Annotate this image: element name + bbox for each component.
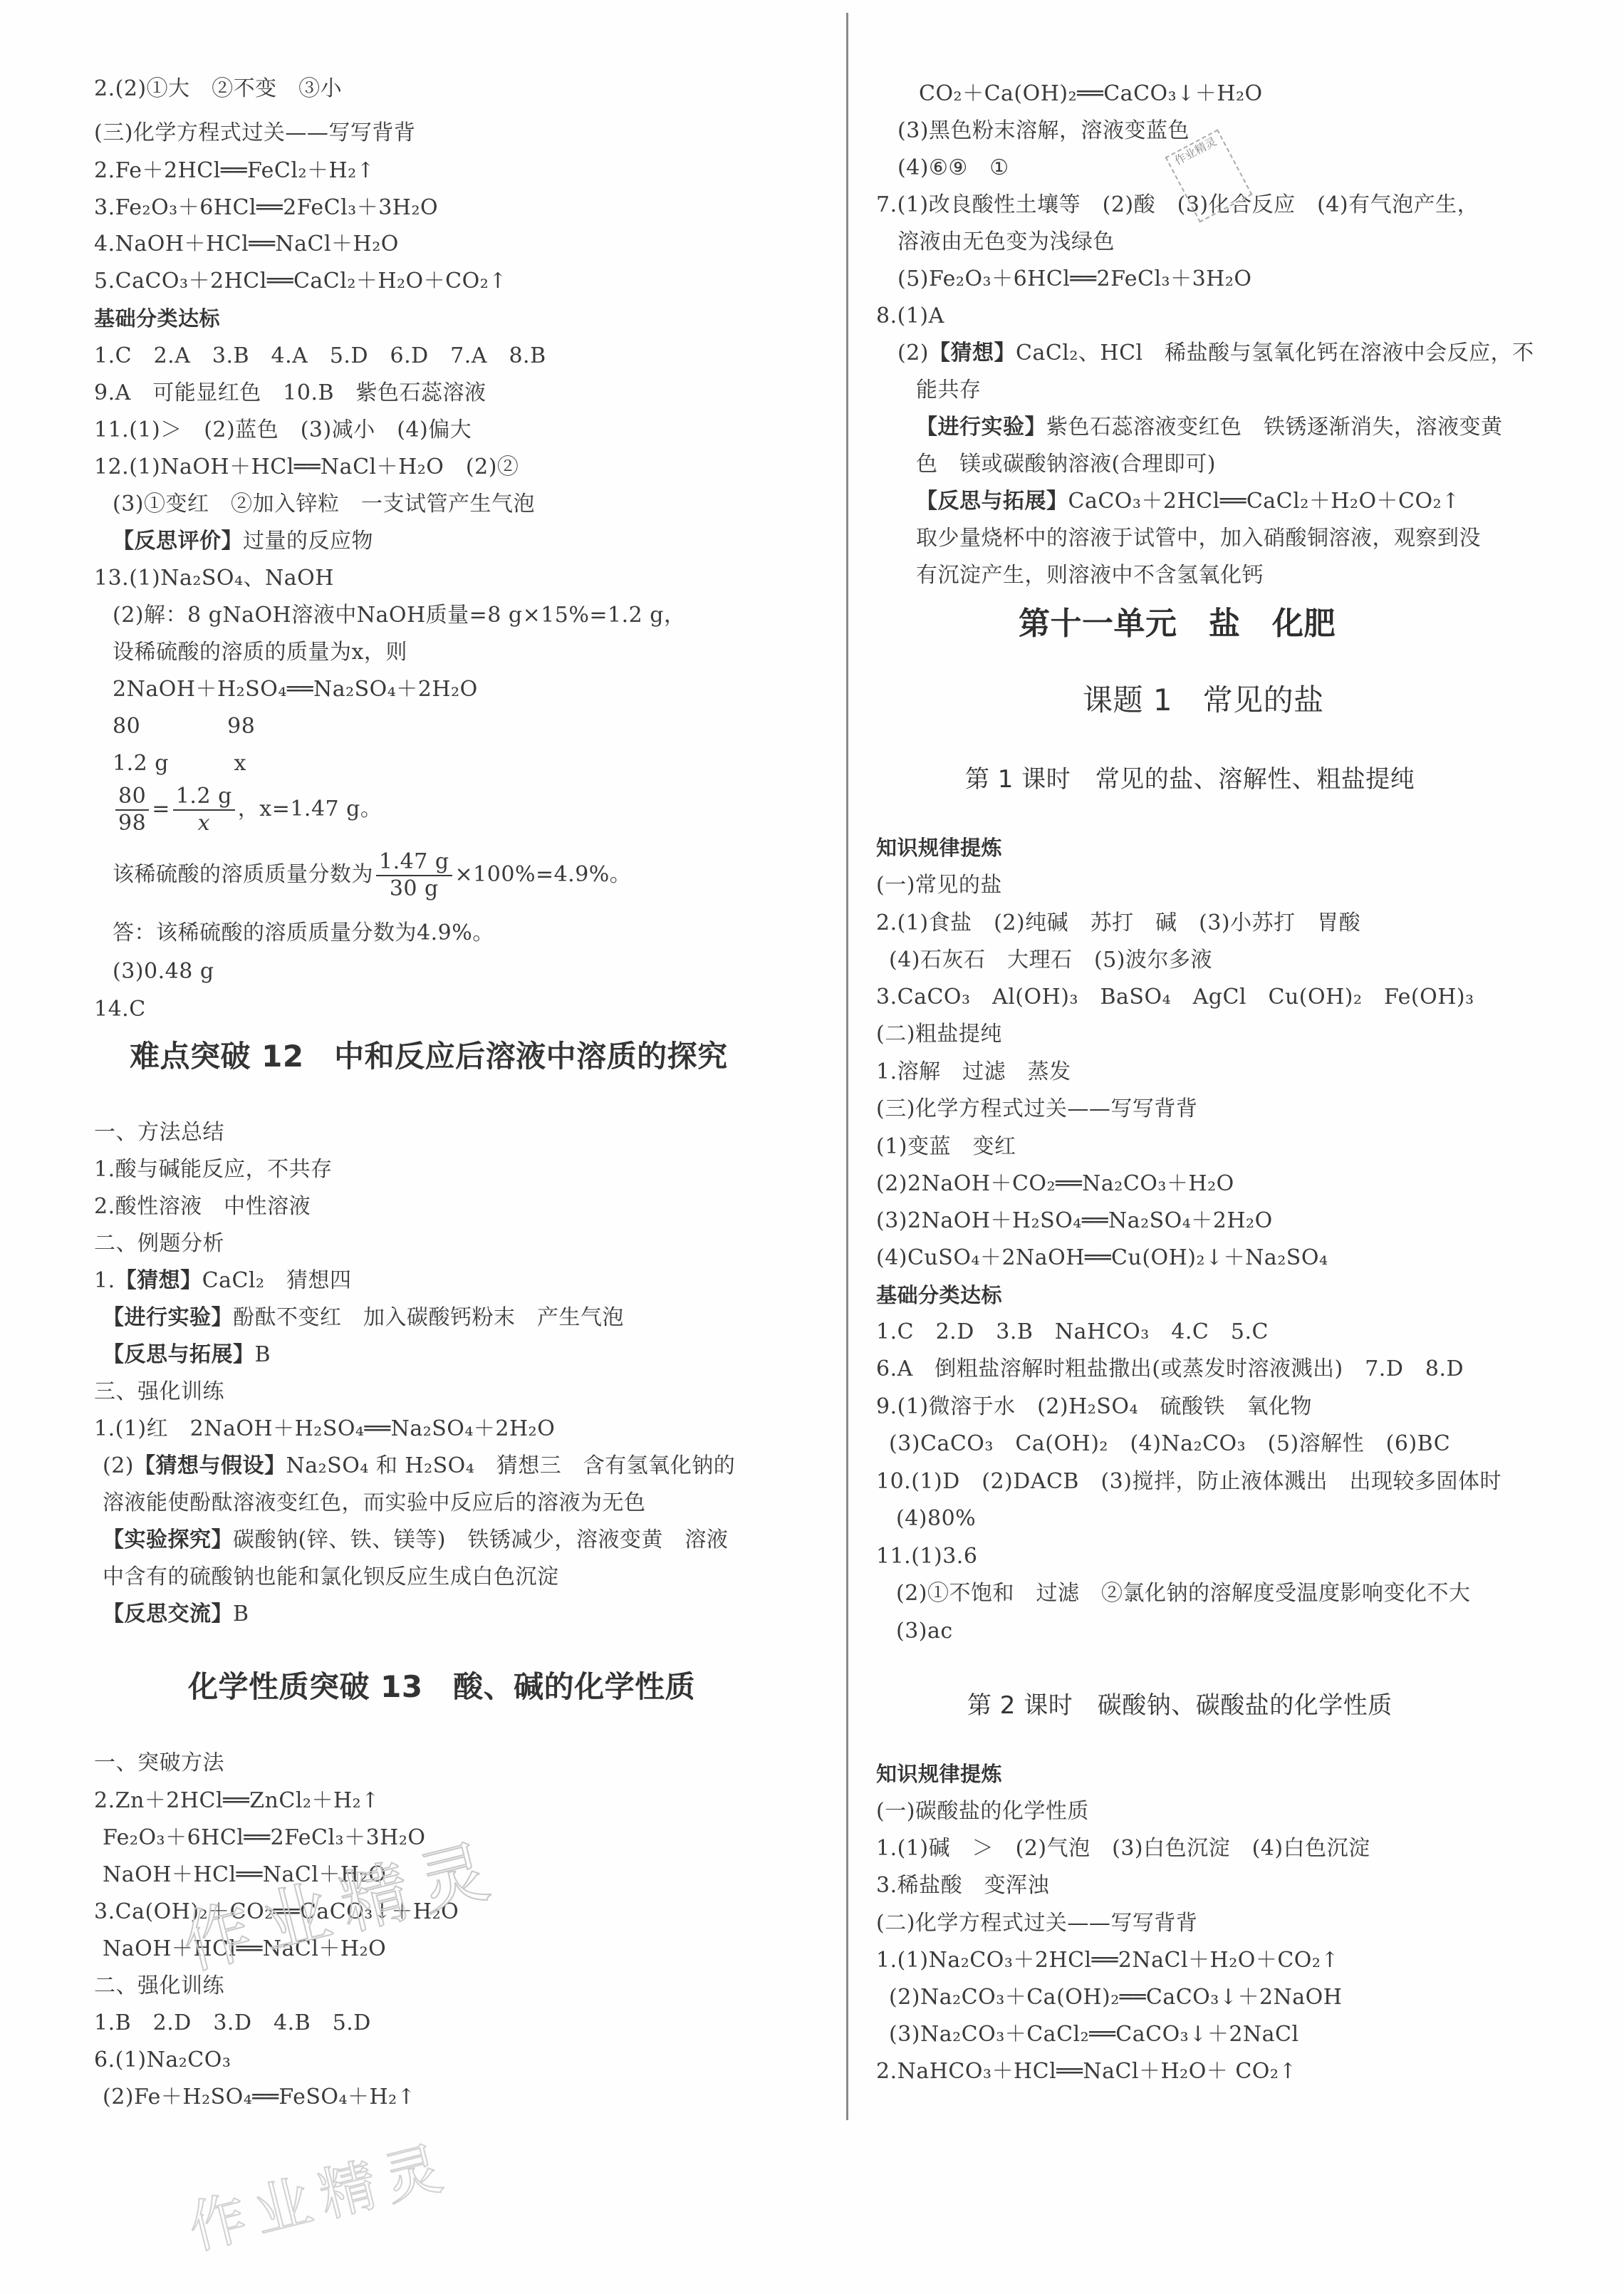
answer-line: 溶液由无色变为浅绿色 (897, 228, 1115, 256)
answer-line: (一)常见的盐 (876, 871, 1002, 900)
answer-line: 1.B 2.D 3.D 4.B 5.D (94, 2009, 371, 2038)
answer-line: 能共存 (916, 376, 982, 405)
answer-line: (2)【猜想】CaCl₂、HCl 稀盐酸与氢氧化钙在溶液中会反应，不 (897, 339, 1534, 368)
bracket-label: 【进行实验】 (916, 415, 1046, 440)
column-divider (846, 13, 848, 2120)
answer-line: (1)变蓝 变红 (876, 1133, 1016, 1161)
section-title-13: 化学性质突破 13 酸、碱的化学性质 (188, 1667, 695, 1707)
unit-title: 第十一单元 盐 化肥 (1019, 604, 1336, 644)
bracket-label: 【猜想】 (115, 1268, 202, 1293)
answer-line: (2)Na₂CO₃＋Ca(OH)₂══CaCO₃↓＋2NaOH (889, 1983, 1342, 2012)
answer-line: 7.(1)改良酸性土壤等 (2)酸 (3)化合反应 (4)有气泡产生， (876, 191, 1479, 219)
answer-line: 3.Fe₂O₃＋6HCl══2FeCl₃＋3H₂O (94, 194, 438, 222)
answer-line: 9.A 可能显红色 10.B 紫色石蕊溶液 (94, 379, 486, 408)
bracket-label: 【反思与拓展】 (103, 1342, 255, 1367)
answer-line: 1.酸与碱能反应，不共存 (94, 1156, 333, 1184)
fraction: 8098 (115, 784, 149, 836)
answer-line: (2)2NaOH＋CO₂══Na₂CO₃＋H₂O (876, 1170, 1234, 1198)
answer-line: 14.C (94, 995, 146, 1024)
bracket-label: 【反思交流】 (103, 1602, 233, 1626)
answer-line: 6.A 倒粗盐溶解时粗盐撒出(或蒸发时溶液溅出) 7.D 8.D (876, 1355, 1464, 1384)
answer-line: (二)粗盐提纯 (876, 1020, 1002, 1049)
fraction: 1.47 g30 g (376, 849, 452, 902)
bracket-label: 【反思评价】 (113, 529, 243, 554)
answer-line: 一、方法总结 (94, 1119, 224, 1147)
answer-line: 设稀硫酸的溶质的质量为x，则 (113, 638, 407, 667)
answer-line: 【反思与拓展】B (103, 1341, 271, 1369)
answer-line: 2.(2)①大 ②不变 ③小 (94, 75, 342, 103)
answer-line: 5.CaCO₃＋2HCl══CaCl₂＋H₂O＋CO₂↑ (94, 267, 507, 296)
lesson-2-title: 第 2 课时 碳酸钠、碳酸盐的化学性质 (967, 1688, 1393, 1723)
answer-line: (2)①不饱和 过滤 ②氯化钠的溶解度受温度影响变化不大 (896, 1579, 1471, 1608)
answer-line: 11.(1)＞ (2)蓝色 (3)减小 (4)偏大 (94, 416, 472, 445)
answer-line: (4)石灰石 大理石 (5)波尔多液 (889, 946, 1212, 975)
answer-line: (三)化学方程式过关——写写背背 (94, 119, 415, 147)
bracket-label: 【猜想】 (929, 341, 1016, 365)
answer-line: (3)0.48 g (113, 957, 214, 986)
answer-line: 1.(1)碱 ＞ (2)气泡 (3)白色沉淀 (4)白色沉淀 (876, 1834, 1370, 1863)
answer-line: (3)黑色粉末溶解，溶液变蓝色 (897, 117, 1190, 145)
answer-line: 6.(1)Na₂CO₃ (94, 2046, 231, 2075)
answer-line: CO₂＋Ca(OH)₂══CaCO₃↓＋H₂O (919, 80, 1263, 108)
answer-line: 2.NaHCO₃＋HCl══NaCl＋H₂O＋ CO₂↑ (876, 2057, 1297, 2086)
answer-line: 1.2 g x (113, 749, 246, 778)
answer-line: (4)80% (896, 1505, 976, 1533)
answer-line: 【进行实验】紫色石蕊溶液变红色 铁锈逐渐消失，溶液变黄 (916, 413, 1503, 442)
answer-line: 10.(1)D (2)DACB (3)搅拌，防止液体溅出 出现较多固体时 (876, 1468, 1501, 1496)
answer-line: (5)Fe₂O₃＋6HCl══2FeCl₃＋3H₂O (897, 265, 1251, 294)
answer-line: 11.(1)3.6 (876, 1542, 977, 1571)
answer-line: 1.(1)Na₂CO₃＋2HCl══2NaCl＋H₂O＋CO₂↑ (876, 1946, 1339, 1975)
answer-line: (一)碳酸盐的化学性质 (876, 1797, 1089, 1826)
answer-line: 取少量烧杯中的溶液于试管中，加入硝酸铜溶液，观察到没 (916, 524, 1481, 553)
answer-line: 【反思交流】B (103, 1600, 249, 1629)
answer-line: (3)Na₂CO₃＋CaCl₂══CaCO₃↓＋2NaCl (889, 2020, 1299, 2049)
answer-line: (3)①变红 ②加入锌粒 一支试管产生气泡 (113, 490, 535, 519)
answer-line: 9.(1)微溶于水 (2)H₂SO₄ 硫酸铁 氧化物 (876, 1393, 1312, 1421)
answer-line: 三、强化训练 (94, 1378, 224, 1406)
answer-line: 一、突破方法 (94, 1749, 224, 1777)
answer-line: 12.(1)NaOH＋HCl══NaCl＋H₂O (2)② (94, 453, 519, 482)
answer-line: (2)【猜想与假设】Na₂SO₄ 和 H₂SO₄ 猜想三 含有氢氧化钠的 (103, 1452, 735, 1480)
answer-line: (二)化学方程式过关——写写背背 (876, 1909, 1197, 1938)
answer-line: 3.稀盐酸 变浑浊 (876, 1872, 1049, 1900)
section-title-12: 难点突破 12 中和反应后溶液中溶质的探究 (130, 1037, 728, 1076)
answer-line: (三)化学方程式过关——写写背背 (876, 1095, 1197, 1123)
answer-line: 3.CaCO₃ Al(OH)₃ BaSO₄ AgCl Cu(OH)₂ Fe(OH… (876, 983, 1474, 1012)
answer-line: (4)CuSO₄＋2NaOH══Cu(OH)₂↓＋Na₂SO₄ (876, 1244, 1328, 1272)
answer-line: 2.(1)食盐 (2)纯碱 苏打 碱 (3)小苏打 胃酸 (876, 909, 1360, 938)
topic-title: 课题 1 常见的盐 (1083, 680, 1324, 720)
section-heading: 知识规律提炼 (876, 834, 1002, 862)
answer-line: 2.Fe＋2HCl══FeCl₂＋H₂↑ (94, 157, 375, 185)
answer-line: 2.酸性溶液 中性溶液 (94, 1193, 311, 1221)
answer-line: 1.C 2.A 3.B 4.A 5.D 6.D 7.A 8.B (94, 342, 546, 370)
answer-line: (4)⑥⑨ ① (897, 154, 1009, 182)
answer-line: 80 98 (113, 712, 255, 741)
answer-line: (3)CaCO₃ Ca(OH)₂ (4)Na₂CO₃ (5)溶解性 (6)BC (889, 1430, 1450, 1458)
answer-line: 【反思与拓展】CaCO₃＋2HCl══CaCl₂＋H₂O＋CO₂↑ (916, 487, 1460, 516)
answer-line: 1.(1)红 2NaOH＋H₂SO₄══Na₂SO₄＋2H₂O (94, 1415, 555, 1443)
answer-line: 【反思评价】过量的反应物 (113, 527, 373, 556)
answer-line: 2NaOH＋H₂SO₄══Na₂SO₄＋2H₂O (113, 675, 478, 704)
section-heading: 知识规律提炼 (876, 1760, 1002, 1788)
answer-line: 色 镁或碳酸钠溶液(合理即可) (916, 450, 1216, 479)
section-heading: 基础分类达标 (876, 1281, 1002, 1309)
answer-line: 答：该稀硫酸的溶质质量分数为4.9%。 (113, 919, 494, 948)
answer-line: 有沉淀产生，则溶液中不含氢氧化钙 (916, 561, 1264, 590)
bracket-label: 【反思与拓展】 (916, 489, 1068, 514)
answer-line: (2)解：8 gNaOH溶液中NaOH质量=8 g×15%=1.2 g， (113, 601, 685, 630)
answer-line: 13.(1)Na₂SO₄、NaOH (94, 564, 334, 593)
fraction: 1.2 gx (173, 784, 235, 836)
answer-line: (2)Fe＋H₂SO₄══FeSO₄＋H₂↑ (103, 2083, 415, 2112)
mass-fraction-equation: 该稀硫酸的溶质质量分数为1.47 g30 g×100%=4.9%。 (113, 849, 631, 902)
answer-line: 1.C 2.D 3.B NaHCO₃ 4.C 5.C (876, 1318, 1269, 1346)
answer-line: 4.NaOH＋HCl══NaCl＋H₂O (94, 230, 399, 259)
answer-line: 1.溶解 过滤 蒸发 (876, 1058, 1071, 1086)
bracket-label: 【实验探究】 (103, 1527, 233, 1552)
bracket-label: 【猜想与假设】 (134, 1453, 286, 1478)
section-heading: 基础分类达标 (94, 304, 220, 333)
answer-line: 2.Zn＋2HCl══ZnCl₂＋H₂↑ (94, 1787, 380, 1815)
proportion-equation: 8098=1.2 gx，x=1.47 g。 (113, 784, 382, 836)
answer-line: (3)ac (896, 1617, 953, 1646)
answer-line: 二、例题分析 (94, 1230, 224, 1258)
answer-line: 中含有的硫酸钠也能和氯化钡反应生成白色沉淀 (103, 1563, 559, 1592)
lesson-1-title: 第 1 课时 常见的盐、溶解性、粗盐提纯 (965, 762, 1415, 796)
answer-line: 8.(1)A (876, 302, 944, 331)
answer-line: 1.【猜想】CaCl₂ 猜想四 (94, 1267, 352, 1295)
answer-line: (3)2NaOH＋H₂SO₄══Na₂SO₄＋2H₂O (876, 1207, 1273, 1235)
watermark: 作业精灵 (179, 2120, 459, 2265)
answer-line: 【实验探究】碳酸钠(锌、铁、镁等) 铁锈减少，溶液变黄 溶液 (103, 1526, 728, 1555)
answer-line: 【进行实验】酚酞不变红 加入碳酸钙粉末 产生气泡 (103, 1304, 624, 1332)
answer-line: 溶液能使酚酞溶液变红色，而实验中反应后的溶液为无色 (103, 1489, 646, 1517)
bracket-label: 【进行实验】 (103, 1305, 233, 1330)
